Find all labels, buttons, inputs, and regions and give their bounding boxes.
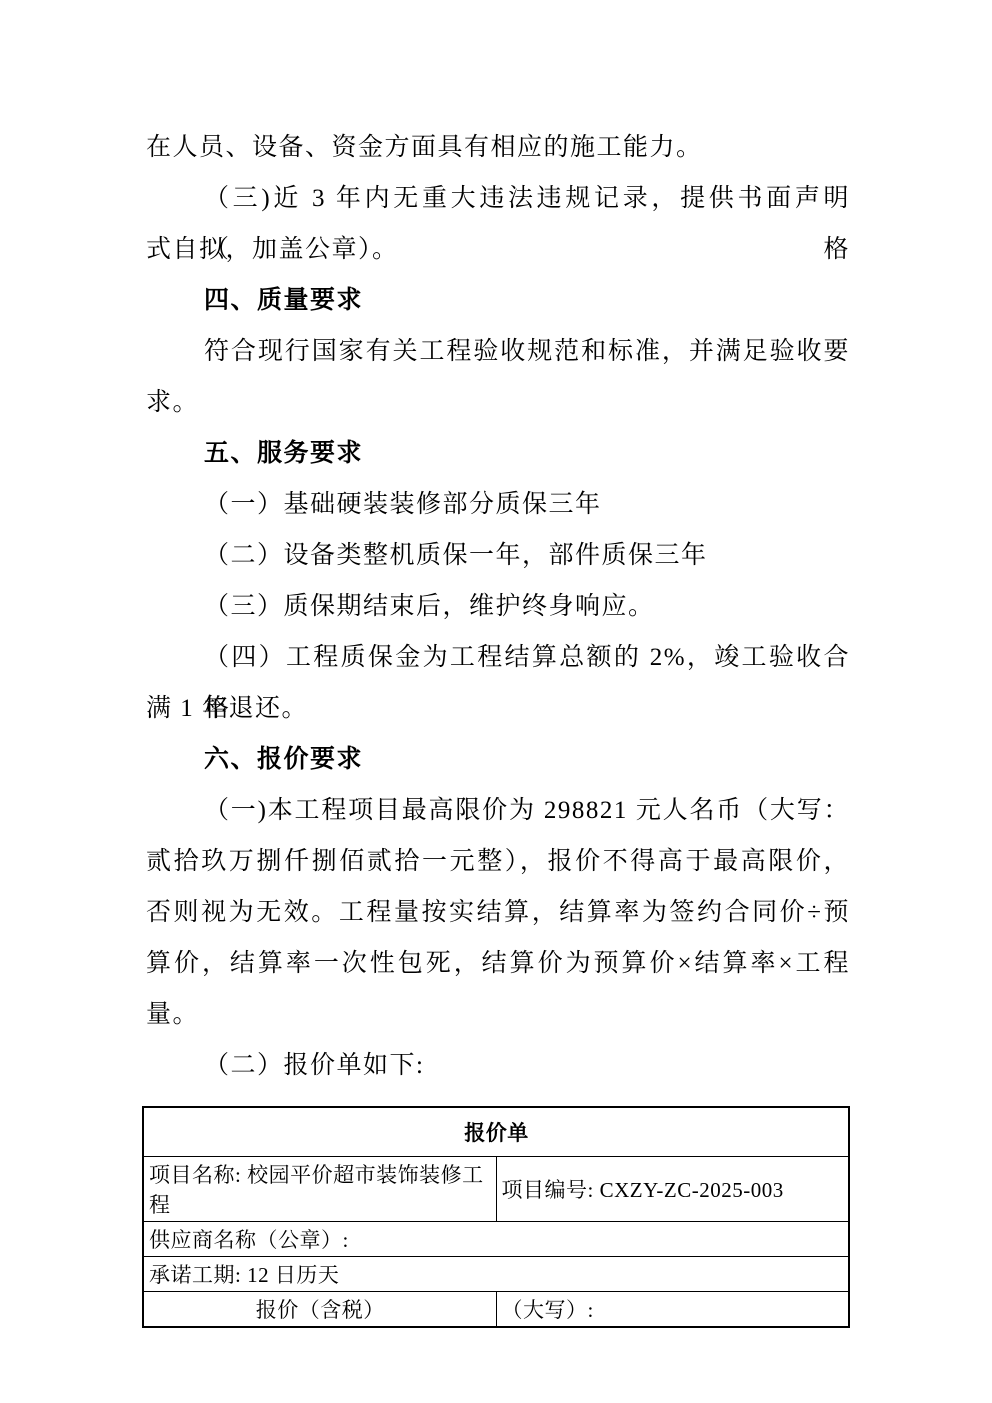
table-row: 供应商名称（公章）: bbox=[143, 1222, 849, 1257]
doc-line: （四）工程质保金为工程结算总额的 2%，竣工验收合格 bbox=[146, 632, 850, 683]
doc-line: 贰拾玖万捌仟捌佰贰拾一元整），报价不得高于最高限价， bbox=[146, 836, 850, 887]
heading-quote-requirements: 六、报价要求 bbox=[146, 734, 850, 785]
doc-line: （一)本工程项目最高限价为 298821 元人名币（大写： bbox=[146, 785, 850, 836]
table-row: 承诺工期: 12 日历天 bbox=[143, 1257, 849, 1292]
doc-line: 满 1 年退还。 bbox=[146, 683, 850, 734]
quote-table-title-row: 报价单 bbox=[143, 1107, 849, 1157]
project-code-cell: 项目编号: CXZY-ZC-2025-003 bbox=[496, 1157, 849, 1222]
doc-line: 求。 bbox=[146, 377, 850, 428]
doc-line: 在人员、设备、资金方面具有相应的施工能力。 bbox=[146, 122, 850, 173]
document-body: 在人员、设备、资金方面具有相应的施工能力。 （三)近 3 年内无重大违法违规记录… bbox=[146, 122, 850, 1091]
heading-quality-requirements: 四、质量要求 bbox=[146, 275, 850, 326]
project-name-cell: 项目名称: 校园平价超市装饰装修工程 bbox=[143, 1157, 496, 1222]
doc-line: （二）报价单如下: bbox=[146, 1040, 850, 1091]
price-caps-cell: （大写）: bbox=[496, 1292, 849, 1328]
doc-line: 否则视为无效。工程量按实结算，结算率为签约合同价÷预 bbox=[146, 887, 850, 938]
doc-line: （二）设备类整机质保一年，部件质保三年 bbox=[146, 530, 850, 581]
supplier-name-cell: 供应商名称（公章）: bbox=[143, 1222, 849, 1257]
price-label-cell: 报价（含税） bbox=[143, 1292, 496, 1328]
quote-table: 报价单 项目名称: 校园平价超市装饰装修工程 项目编号: CXZY-ZC-202… bbox=[142, 1106, 850, 1328]
table-row: 项目名称: 校园平价超市装饰装修工程 项目编号: CXZY-ZC-2025-00… bbox=[143, 1157, 849, 1222]
heading-service-requirements: 五、服务要求 bbox=[146, 428, 850, 479]
doc-line: 算价，结算率一次性包死，结算价为预算价×结算率×工程 bbox=[146, 938, 850, 989]
document-page: 在人员、设备、资金方面具有相应的施工能力。 （三)近 3 年内无重大违法违规记录… bbox=[0, 0, 992, 1403]
quote-table-title: 报价单 bbox=[143, 1107, 849, 1157]
doc-line: （三)近 3 年内无重大违法违规记录，提供书面声明（格 bbox=[146, 173, 850, 224]
doc-line: 符合现行国家有关工程验收规范和标准，并满足验收要 bbox=[146, 326, 850, 377]
duration-cell: 承诺工期: 12 日历天 bbox=[143, 1257, 849, 1292]
table-row: 报价（含税） （大写）: bbox=[143, 1292, 849, 1328]
doc-line: 量。 bbox=[146, 989, 850, 1040]
doc-line: （一）基础硬装装修部分质保三年 bbox=[146, 479, 850, 530]
doc-line: （三）质保期结束后，维护终身响应。 bbox=[146, 581, 850, 632]
